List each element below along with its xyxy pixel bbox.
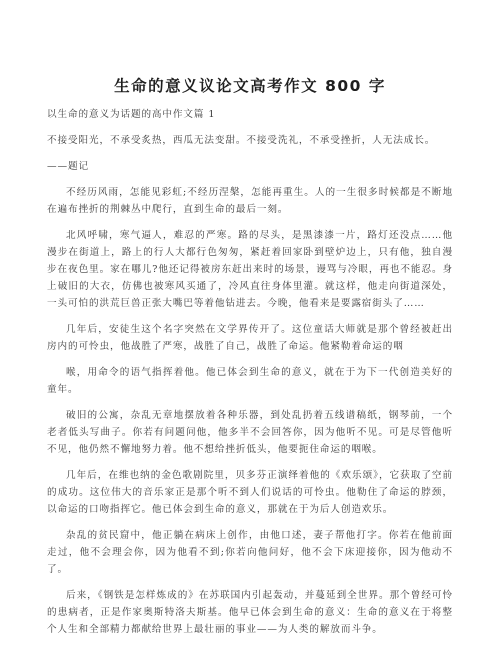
paragraph: 杂乱的贫民窟中，他正躺在病床上创作，由他口述，妻子帮他打字。你若在他前面走过，他… [47,527,453,578]
document-title: 生命的意义议论文高考作文 800 字 [0,74,500,96]
paragraph: 几年后，在维也纳的金色歌剧院里，贝多芬正演绎着他的《欢乐颂》，它获取了空前的成功… [47,467,453,518]
document-body: 以生命的意义为话题的高中作文篇 1 不接受阳光，不承受炙热，西瓜无法变甜。不接受… [47,106,453,647]
paragraph: 几年后，安徒生这个名字突然在文学界传开了。这位童话大师就是那个曾经被赶出房内的可… [47,321,453,355]
epigraph: 不接受阳光，不承受炙热，西瓜无法变甜。不接受洗礼，不承受挫折，人无法成长。 [47,132,453,149]
document-page: 生命的意义议论文高考作文 800 字 以生命的意义为话题的高中作文篇 1 不接受… [0,0,500,647]
epigraph-source: ——题记 [47,158,453,175]
paragraph: 不经历风雨，怎能见彩虹;不经历涅槃，怎能再重生。人的一生很多时候都是不断地在遍布… [47,184,453,218]
paragraph: 后来，《钢铁是怎样炼成的》在苏联国内引起轰动，并蔓延到全世界。那个曾经可怜的患病… [47,587,453,638]
paragraph: 北风呼啸，寒气逼人，难忍的严寒。路的尽头，是黑漆漆一片，路灯还没点……他漫步在街… [47,227,453,312]
paragraph: 喉，用命令的语气指挥着他。他已体会到生命的意义，就在于为下一代创造美好的童年。 [47,364,453,398]
essay-subtitle: 以生命的意义为话题的高中作文篇 1 [47,106,453,123]
paragraph: 破旧的公寓，杂乱无章地摆放着各种乐器，到处乱扔着五线谱稿纸，钢琴前，一个老者低头… [47,407,453,458]
